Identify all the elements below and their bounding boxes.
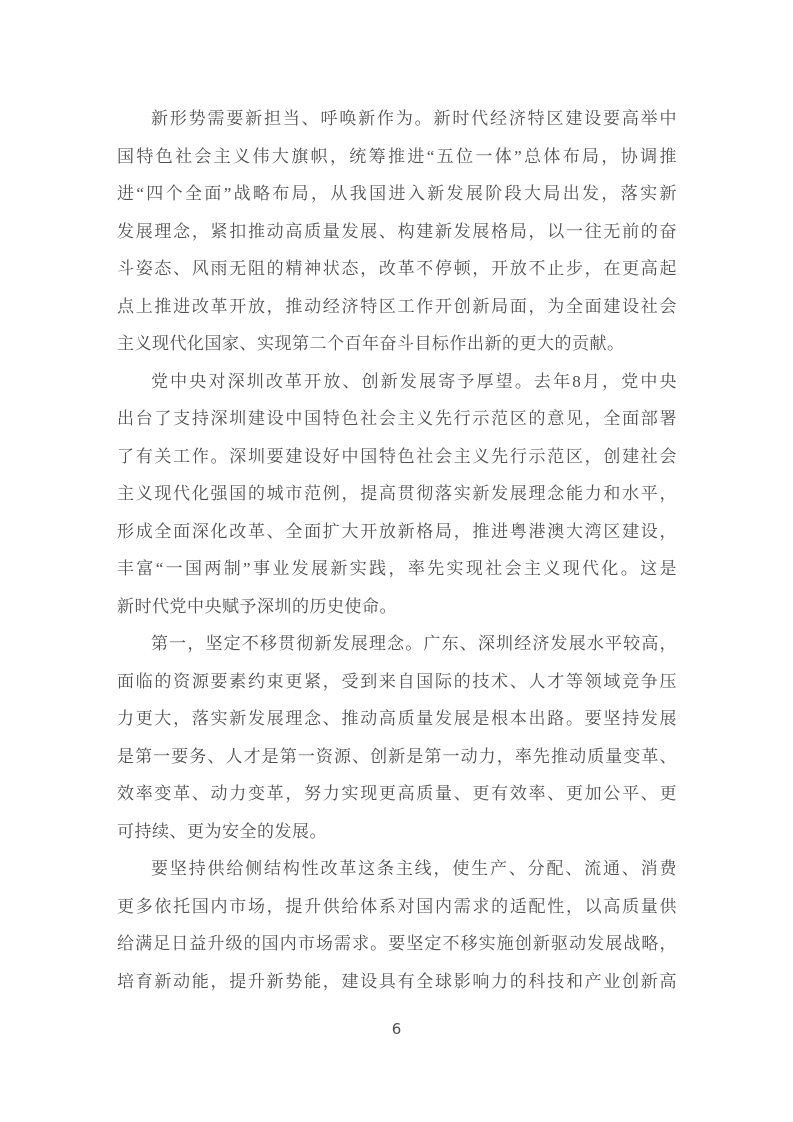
text-line: 主义现代化强国的城市范例，提高贯彻落实新发展理念能力和水平，: [117, 475, 677, 513]
text-line: 效率变革、动力变革，努力实现更高质量、更有效率、更加公平、更: [117, 775, 677, 813]
text-line: 丰富“一国两制”事业发展新实践，率先实现社会主义现代化。这是: [117, 550, 677, 588]
text-line: 国特色社会主义伟大旗帜，统筹推进“五位一体”总体布局，协调推: [117, 138, 677, 176]
text-line: 形成全面深化改革、全面扩大开放新格局，推进粤港澳大湾区建设，: [117, 513, 677, 551]
text-line: 进“四个全面”战略布局，从我国进入新发展阶段大局出发，落实新: [117, 175, 677, 213]
text-line: 点上推进改革开放，推动经济特区工作开创新局面，为全面建设社会: [117, 288, 677, 326]
text-line: 是第一要务、人才是第一资源、创新是第一动力，率先推动质量变革、: [117, 738, 677, 776]
text-line: 可持续、更为安全的发展。: [117, 813, 677, 851]
document-page: 新形势需要新担当、呼唤新作为。新时代经济特区建设要高举中国特色社会主义伟大旗帜，…: [0, 0, 793, 1122]
text-line: 出台了支持深圳建设中国特色社会主义先行示范区的意见，全面部署: [117, 400, 677, 438]
text-line: 要坚持供给侧结构性改革这条主线，使生产、分配、流通、消费: [117, 850, 677, 888]
text-line: 了有关工作。深圳要建设好中国特色社会主义先行示范区，创建社会: [117, 438, 677, 476]
text-line: 第一，坚定不移贯彻新发展理念。广东、深圳经济发展水平较高，: [117, 625, 677, 663]
text-line: 党中央对深圳改革开放、创新发展寄予厚望。去年8月，党中央: [117, 363, 677, 401]
page-number: 6: [0, 1020, 793, 1038]
text-line: 给满足日益升级的国内市场需求。要坚定不移实施创新驱动发展战略，: [117, 925, 677, 963]
text-line: 培育新动能，提升新势能，建设具有全球影响力的科技和产业创新高: [117, 963, 677, 1001]
text-line: 力更大，落实新发展理念、推动高质量发展是根本出路。要坚持发展: [117, 700, 677, 738]
text-line: 发展理念，紧扣推动高质量发展、构建新发展格局，以一往无前的奋: [117, 213, 677, 251]
text-line: 主义现代化国家、实现第二个百年奋斗目标作出新的更大的贡献。: [117, 325, 677, 363]
text-line: 斗姿态、风雨无阻的精神状态，改革不停顿，开放不止步，在更高起: [117, 250, 677, 288]
text-line: 面临的资源要素约束更紧，受到来自国际的技术、人才等领域竞争压: [117, 663, 677, 701]
text-line: 更多依托国内市场，提升供给体系对国内需求的适配性，以高质量供: [117, 888, 677, 926]
document-body: 新形势需要新担当、呼唤新作为。新时代经济特区建设要高举中国特色社会主义伟大旗帜，…: [117, 100, 677, 1000]
text-line: 新形势需要新担当、呼唤新作为。新时代经济特区建设要高举中: [117, 100, 677, 138]
text-line: 新时代党中央赋予深圳的历史使命。: [117, 588, 677, 626]
